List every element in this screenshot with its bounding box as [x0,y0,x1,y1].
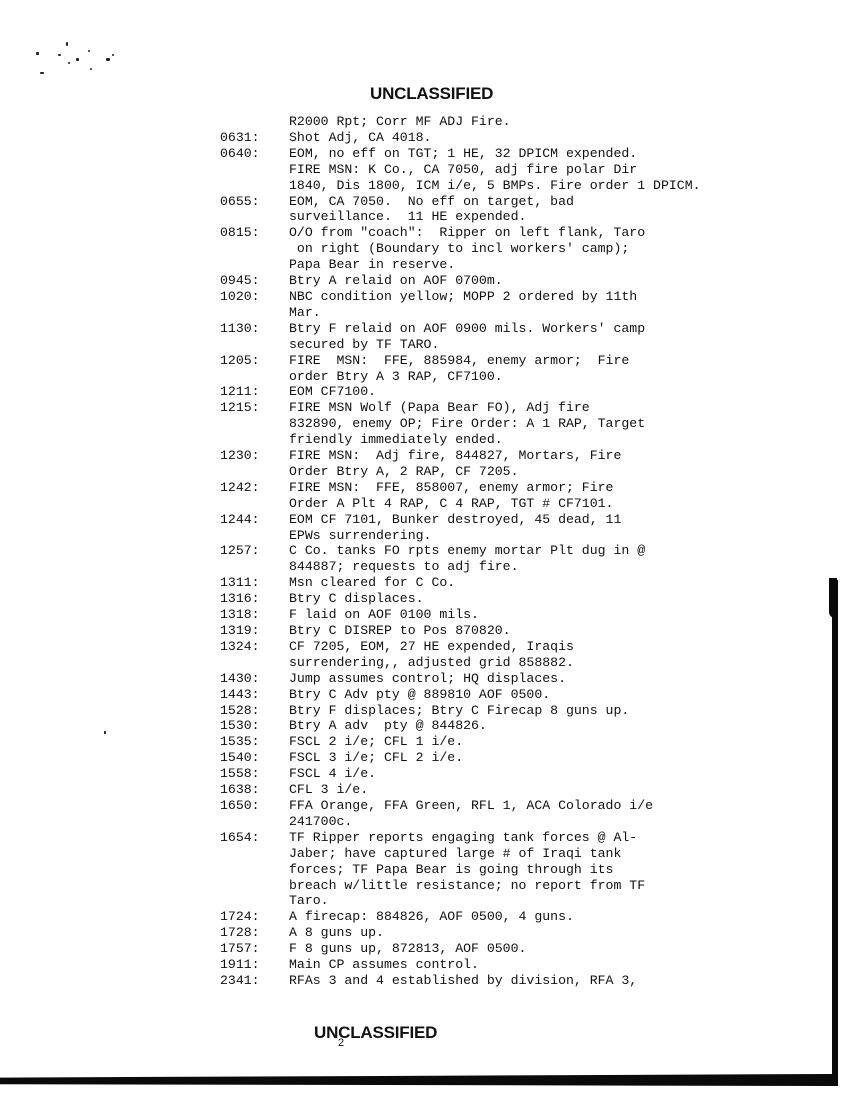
log-entry: 1654:TF Ripper reports engaging tank for… [220,830,820,910]
log-entry-text: Main CP assumes control. [289,957,479,973]
log-entry-line: surveillance. 11 HE expended. [289,209,574,225]
log-entry-time: 1654: [220,830,289,910]
log-entry-line: R2000 Rpt; Corr MF ADJ Fire. [289,114,511,130]
log-entry-time: 0815: [220,225,289,273]
log-entry-line: surrendering,, adjusted grid 858882. [289,655,574,671]
log-entry: 1650:FFA Orange, FFA Green, RFL 1, ACA C… [220,798,820,830]
log-entry-text: EOM CF7100. [289,384,376,400]
log-entry: 0945:Btry A relaid on AOF 0700m. [220,273,820,289]
log-entry: 1257:C Co. tanks FO rpts enemy mortar Pl… [220,543,820,575]
log-entry-text: Btry C Adv pty @ 889810 AOF 0500. [289,687,550,703]
log-entry-text: CF 7205, EOM, 27 HE expended, Iraqissurr… [289,639,574,671]
log-entry-time: 2341: [220,973,289,989]
log-entry-text: Btry A relaid on AOF 0700m. [289,273,503,289]
log-entry-line: Btry C DISREP to Pos 870820. [289,623,511,639]
log-entry-time: 1318: [220,607,289,623]
log-entry-text: Btry A adv pty @ 844826. [289,718,487,734]
log-entry-line: order Btry A 3 RAP, CF7100. [289,369,629,385]
log-entry-time: 1724: [220,909,289,925]
log-entry-line: forces; TF Papa Bear is going through it… [289,862,645,878]
log-entry-line: FIRE MSN: FFE, 885984, enemy armor; Fire [289,353,629,369]
log-entry: 1316:Btry C displaces. [220,591,820,607]
log-entry: 1319:Btry C DISREP to Pos 870820. [220,623,820,639]
log-entry-text: Jump assumes control; HQ displaces. [289,671,566,687]
log-entry-line: C Co. tanks FO rpts enemy mortar Plt dug… [289,543,645,559]
log-entry: 0640:EOM, no eff on TGT; 1 HE, 32 DPICM … [220,146,820,194]
log-entry-time: 1205: [220,353,289,385]
log-entry: 1205:FIRE MSN: FFE, 885984, enemy armor;… [220,353,820,385]
log-entry-line: friendly immediately ended. [289,432,645,448]
log-entry-time: 1215: [220,400,289,448]
log-entry-time: 1728: [220,925,289,941]
log-entry: 1244:EOM CF 7101, Bunker destroyed, 45 d… [220,512,820,544]
log-entry-time: 1319: [220,623,289,639]
log-entry-text: Btry C displaces. [289,591,424,607]
log-entry-time: 1211: [220,384,289,400]
log-entry-text: EOM CF 7101, Bunker destroyed, 45 dead, … [289,512,621,544]
log-entry-time: 0640: [220,146,289,194]
log-entry-line: FIRE MSN Wolf (Papa Bear FO), Adj fire [289,400,645,416]
log-entry-line: CFL 3 i/e. [289,782,368,798]
log-entry-time: 0945: [220,273,289,289]
log-entry: 1638:CFL 3 i/e. [220,782,820,798]
log-entry-line: Btry F relaid on AOF 0900 mils. Workers'… [289,321,645,337]
log-entry-line: Btry C Adv pty @ 889810 AOF 0500. [289,687,550,703]
log-entry: 1911:Main CP assumes control. [220,957,820,973]
log-entry: 1215:FIRE MSN Wolf (Papa Bear FO), Adj f… [220,400,820,448]
log-entry-time: 1443: [220,687,289,703]
scan-speckles [28,40,128,85]
log-entry-line: Btry A relaid on AOF 0700m. [289,273,503,289]
log-entry-text: FIRE MSN Wolf (Papa Bear FO), Adj fire83… [289,400,645,448]
log-entry-line: RFAs 3 and 4 established by division, RF… [289,973,637,989]
log-entry: 1311:Msn cleared for C Co. [220,575,820,591]
log-entry-line: FSCL 3 i/e; CFL 2 i/e. [289,750,463,766]
log-entry: 0815:O/O from "coach": Ripper on left fl… [220,225,820,273]
log-entry-time: 1558: [220,766,289,782]
log-entry-line: Order A Plt 4 RAP, C 4 RAP, TGT # CF7101… [289,496,613,512]
log-entry-line: Order Btry A, 2 RAP, CF 7205. [289,464,621,480]
log-entry-line: TF Ripper reports engaging tank forces @… [289,830,645,846]
log-entry-line: Mar. [289,305,637,321]
log-entry-line: F 8 guns up, 872813, AOF 0500. [289,941,526,957]
log-entry-line: FIRE MSN: FFE, 858007, enemy armor; Fire [289,480,613,496]
log-entry-time: 1324: [220,639,289,671]
log-entry-line: Jaber; have captured large # of Iraqi ta… [289,846,645,862]
classification-marking-top: UNCLASSIFIED [370,84,493,104]
log-entry-time: 1130: [220,321,289,353]
log-entry-text: Btry F relaid on AOF 0900 mils. Workers'… [289,321,645,353]
log-entry-line: FSCL 2 i/e; CFL 1 i/e. [289,734,463,750]
log-entry: 1318:F laid on AOF 0100 mils. [220,607,820,623]
log-entry-time: 1244: [220,512,289,544]
log-entry-time: 1757: [220,941,289,957]
log-entry-text: TF Ripper reports engaging tank forces @… [289,830,645,910]
log-entry-time: 1257: [220,543,289,575]
log-entry-text: R2000 Rpt; Corr MF ADJ Fire. [289,114,511,130]
log-entry: 1443:Btry C Adv pty @ 889810 AOF 0500. [220,687,820,703]
log-entry: 1530:Btry A adv pty @ 844826. [220,718,820,734]
log-entry: 1020:NBC condition yellow; MOPP 2 ordere… [220,289,820,321]
log-entry-text: A 8 guns up. [289,925,384,941]
log-entry-text: Shot Adj, CA 4018. [289,130,431,146]
log-entry-text: RFAs 3 and 4 established by division, RF… [289,973,637,989]
log-entry-time: 1430: [220,671,289,687]
log-entry-text: EOM, CA 7050. No eff on target, badsurve… [289,194,574,226]
scan-edge-shadow-bottom [0,1074,834,1086]
log-entry-time: 0631: [220,130,289,146]
log-entry-line: Btry A adv pty @ 844826. [289,718,487,734]
event-log: R2000 Rpt; Corr MF ADJ Fire.0631:Shot Ad… [220,114,820,989]
log-entry-line: O/O from "coach": Ripper on left flank, … [289,225,645,241]
log-entry-time: 1230: [220,448,289,480]
log-entry-text: FSCL 3 i/e; CFL 2 i/e. [289,750,463,766]
log-entry-text: Msn cleared for C Co. [289,575,455,591]
log-entry-text: Btry F displaces; Btry C Firecap 8 guns … [289,703,629,719]
log-entry-line: A firecap: 884826, AOF 0500, 4 guns. [289,909,574,925]
log-entry: 1242:FIRE MSN: FFE, 858007, enemy armor;… [220,480,820,512]
log-entry-line: Papa Bear in reserve. [289,257,645,273]
log-entry: R2000 Rpt; Corr MF ADJ Fire. [220,114,820,130]
log-entry-line: CF 7205, EOM, 27 HE expended, Iraqis [289,639,574,655]
log-entry-text: F laid on AOF 0100 mils. [289,607,479,623]
log-entry-time: 1530: [220,718,289,734]
log-entry-text: FIRE MSN: Adj fire, 844827, Mortars, Fir… [289,448,621,480]
log-entry-line: on right (Boundary to incl workers' camp… [289,241,645,257]
log-entry-line: EOM CF7100. [289,384,376,400]
log-entry-time: 1528: [220,703,289,719]
log-entry-line: breach w/little resistance; no report fr… [289,878,645,894]
log-entry-line: EOM, no eff on TGT; 1 HE, 32 DPICM expen… [289,146,701,162]
log-entry-time: 1650: [220,798,289,830]
log-entry-line: Jump assumes control; HQ displaces. [289,671,566,687]
log-entry-text: Btry C DISREP to Pos 870820. [289,623,511,639]
log-entry-text: FFA Orange, FFA Green, RFL 1, ACA Colora… [289,798,653,830]
log-entry-text: EOM, no eff on TGT; 1 HE, 32 DPICM expen… [289,146,701,194]
log-entry-text: CFL 3 i/e. [289,782,368,798]
scan-edge-shadow-right [832,580,838,1086]
log-entry: 1540:FSCL 3 i/e; CFL 2 i/e. [220,750,820,766]
log-entry: 1211:EOM CF7100. [220,384,820,400]
log-entry-text: FIRE MSN: FFE, 858007, enemy armor; Fire… [289,480,613,512]
log-entry-line: Shot Adj, CA 4018. [289,130,431,146]
classification-marking-bottom: UNCLASSIFIED [314,1023,437,1043]
log-entry: 1535:FSCL 2 i/e; CFL 1 i/e. [220,734,820,750]
log-entry-time: 1316: [220,591,289,607]
log-entry-line: 241700c. [289,814,653,830]
log-entry-text: C Co. tanks FO rpts enemy mortar Plt dug… [289,543,645,575]
log-entry-time [220,114,289,130]
log-entry: 0655:EOM, CA 7050. No eff on target, bad… [220,194,820,226]
log-entry-line: Msn cleared for C Co. [289,575,455,591]
log-entry-text: FSCL 4 i/e. [289,766,376,782]
log-entry-line: EOM CF 7101, Bunker destroyed, 45 dead, … [289,512,621,528]
log-entry: 1757:F 8 guns up, 872813, AOF 0500. [220,941,820,957]
log-entry-line: EOM, CA 7050. No eff on target, bad [289,194,574,210]
log-entry: 1230:FIRE MSN: Adj fire, 844827, Mortars… [220,448,820,480]
log-entry-time: 1911: [220,957,289,973]
log-entry-text: O/O from "coach": Ripper on left flank, … [289,225,645,273]
log-entry: 1130:Btry F relaid on AOF 0900 mils. Wor… [220,321,820,353]
log-entry-line: FFA Orange, FFA Green, RFL 1, ACA Colora… [289,798,653,814]
log-entry-line: FSCL 4 i/e. [289,766,376,782]
log-entry: 1528:Btry F displaces; Btry C Firecap 8 … [220,703,820,719]
log-entry-time: 1311: [220,575,289,591]
log-entry-line: Btry C displaces. [289,591,424,607]
log-entry-line: Taro. [289,893,645,909]
log-entry: 1430:Jump assumes control; HQ displaces. [220,671,820,687]
log-entry-line: secured by TF TARO. [289,337,645,353]
log-entry: 2341:RFAs 3 and 4 established by divisio… [220,973,820,989]
log-entry-time: 1020: [220,289,289,321]
log-entry-line: 1840, Dis 1800, ICM i/e, 5 BMPs. Fire or… [289,178,701,194]
log-entry-text: A firecap: 884826, AOF 0500, 4 guns. [289,909,574,925]
log-entry-line: Btry F displaces; Btry C Firecap 8 guns … [289,703,629,719]
log-entry-time: 1540: [220,750,289,766]
log-entry-line: Main CP assumes control. [289,957,479,973]
log-entry: 0631:Shot Adj, CA 4018. [220,130,820,146]
log-entry-line: A 8 guns up. [289,925,384,941]
log-entry-line: 844887; requests to adj fire. [289,559,645,575]
log-entry-time: 0655: [220,194,289,226]
log-entry-line: FIRE MSN: Adj fire, 844827, Mortars, Fir… [289,448,621,464]
log-entry-text: FIRE MSN: FFE, 885984, enemy armor; Fire… [289,353,629,385]
log-entry: 1728:A 8 guns up. [220,925,820,941]
page-number: 2 [338,1037,344,1049]
log-entry-line: F laid on AOF 0100 mils. [289,607,479,623]
log-entry: 1724:A firecap: 884826, AOF 0500, 4 guns… [220,909,820,925]
log-entry-line: FIRE MSN: K Co., CA 7050, adj fire polar… [289,162,701,178]
log-entry: 1324:CF 7205, EOM, 27 HE expended, Iraqi… [220,639,820,671]
log-entry-time: 1638: [220,782,289,798]
log-entry-time: 1535: [220,734,289,750]
log-entry: 1558:FSCL 4 i/e. [220,766,820,782]
log-entry-time: 1242: [220,480,289,512]
log-entry-text: NBC condition yellow; MOPP 2 ordered by … [289,289,637,321]
scan-artifact [104,731,106,734]
log-entry-line: 832890, enemy OP; Fire Order: A 1 RAP, T… [289,416,645,432]
log-entry-text: FSCL 2 i/e; CFL 1 i/e. [289,734,463,750]
log-entry-text: F 8 guns up, 872813, AOF 0500. [289,941,526,957]
log-entry-line: EPWs surrendering. [289,528,621,544]
log-entry-line: NBC condition yellow; MOPP 2 ordered by … [289,289,637,305]
